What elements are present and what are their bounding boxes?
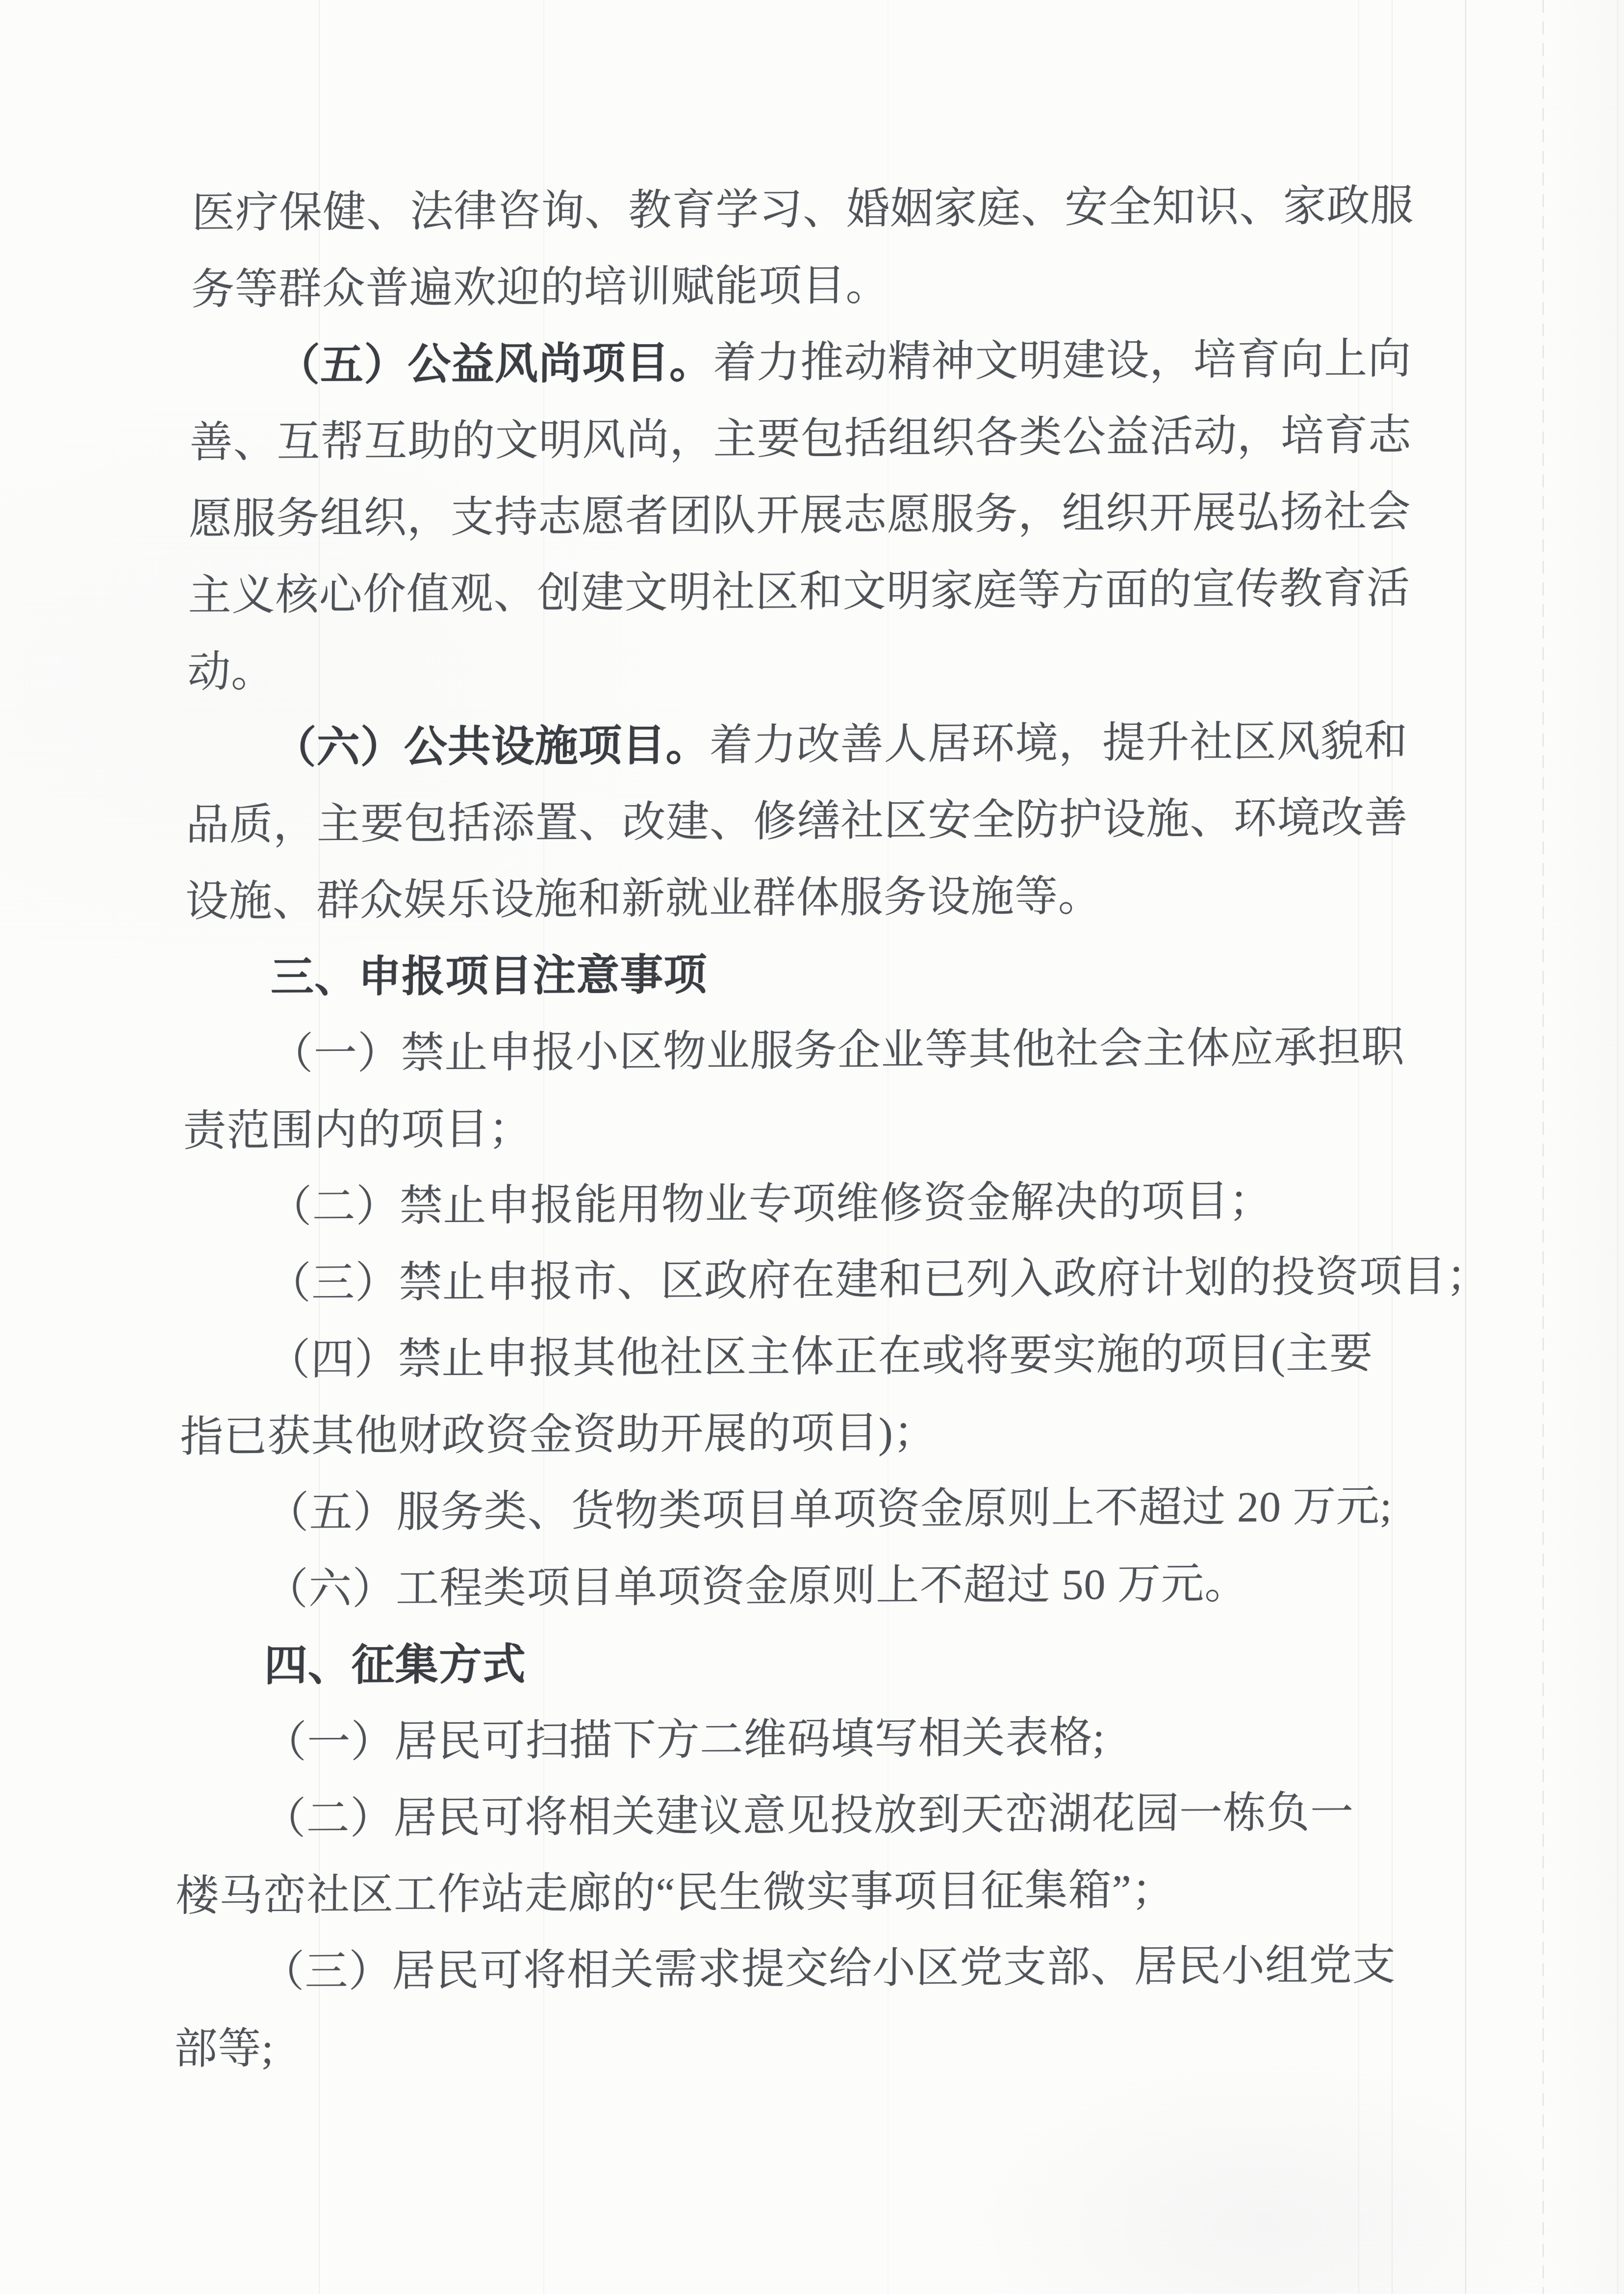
- text-line: 品质，主要包括添置、改建、修缮社区安全防护设施、环境改善: [186, 780, 1415, 864]
- text-segment: 部等;: [174, 2025, 274, 2073]
- text-segment: 指已获其他财政资金资助开展的项目)；: [180, 1409, 937, 1461]
- text-line: （一）禁止申报小区物业服务企业等其他社会主体应承担职: [183, 1010, 1413, 1094]
- text-line: 愿服务组织，支持志愿者团队开展志愿服务，组织开展弘扬社会: [189, 474, 1418, 558]
- text-segment: （四）禁止申报其他社区主体正在或将要实施的项目(主要: [267, 1330, 1373, 1384]
- text-segment: （三）居民可将相关需求提交给小区党支部、居民小组党支: [261, 1942, 1396, 1996]
- text-line: （二）禁止申报能用物业专项维修资金解决的项目；: [182, 1163, 1411, 1247]
- text-segment: 设施、群众娱乐设施和新就业群体服务设施等。: [185, 873, 1102, 926]
- text-line: （三）居民可将相关需求提交给小区党支部、居民小组党支: [175, 1928, 1404, 2012]
- text-segment: 医疗保健、法律咨询、教育学习、婚姻家庭、安全知识、家政服: [192, 182, 1414, 237]
- text-segment: （三）禁止申报市、区政府在建和已列入政府计划的投资项目；: [268, 1253, 1490, 1308]
- text-segment: 主义核心价值观、创建文明社区和文明家庭等方面的宣传教育活: [188, 565, 1410, 620]
- text-line: （三）禁止申报市、区政府在建和已列入政府计划的投资项目；: [181, 1239, 1411, 1323]
- text-segment: 善、互帮互助的文明风尚，主要包括组织各类公益活动，培育志: [189, 412, 1412, 467]
- text-segment: 责范围内的项目；: [183, 1106, 533, 1155]
- text-segment: （二）居民可将相关建议意见投放到天峦湖花园一栋负一: [262, 1789, 1354, 1843]
- document-body: 医疗保健、法律咨询、教育学习、婚姻家庭、安全知识、家政服务等群众普遍欢迎的培训赋…: [174, 168, 1421, 2088]
- text-segment: 务等群众普遍欢迎的培训赋能项目。: [191, 262, 889, 314]
- text-segment: （一）禁止申报小区物业服务企业等其他社会主体应承担职: [270, 1024, 1405, 1078]
- text-line: 善、互帮互助的文明风尚，主要包括组织各类公益活动，培育志: [189, 398, 1419, 482]
- text-line: （五）服务类、货物类项目单项资金原则上不超过 20 万元;: [179, 1469, 1408, 1553]
- text-line: （六）工程类项目单项资金原则上不超过 50 万元。: [178, 1545, 1408, 1629]
- text-line: （二）居民可将相关建议意见投放到天峦湖花园一栋负一: [176, 1775, 1405, 1859]
- text-segment: 着力改善人居环境，提升社区风貌和: [709, 718, 1408, 770]
- text-line: 部等;: [174, 2004, 1403, 2088]
- text-line: （六）公共设施项目。着力改善人居环境，提升社区风貌和: [186, 704, 1416, 788]
- text-line: 设施、群众娱乐设施和新就业群体服务设施等。: [185, 857, 1414, 941]
- text-line: 务等群众普遍欢迎的培训赋能项目。: [191, 245, 1420, 329]
- text-line: （五）公益风尚项目。着力推动精神文明建设，培育向上向: [190, 321, 1420, 405]
- text-segment-bold: （五）公益风尚项目。: [277, 339, 713, 389]
- text-segment-bold: 四、征集方式: [264, 1641, 526, 1690]
- text-line: 楼马峦社区工作站走廊的“民生微实事项目征集箱”；: [176, 1851, 1405, 1935]
- text-segment: （一）居民可扫描下方二维码填写相关表格;: [263, 1714, 1106, 1766]
- text-line: 医疗保健、法律咨询、教育学习、婚姻家庭、安全知识、家政服: [192, 168, 1421, 252]
- text-segment: （二）禁止申报能用物业专项维修资金解决的项目；: [268, 1177, 1272, 1231]
- scan-streak: [1617, 0, 1618, 2294]
- text-line: 动。: [187, 627, 1417, 711]
- text-line: （四）禁止申报其他社区主体正在或将要实施的项目(主要: [180, 1316, 1410, 1400]
- scan-streak: [1543, 0, 1544, 2294]
- text-line: 责范围内的项目；: [183, 1086, 1412, 1170]
- text-segment: （六）工程类项目单项资金原则上不超过 50 万元。: [265, 1560, 1248, 1614]
- text-line: 三、申报项目注意事项: [184, 933, 1414, 1017]
- scanned-page: 医疗保健、法律咨询、教育学习、婚姻家庭、安全知识、家政服务等群众普遍欢迎的培训赋…: [0, 0, 1624, 2294]
- text-segment: 动。: [187, 648, 275, 696]
- text-segment-bold: 三、申报项目注意事项: [271, 951, 708, 1001]
- text-line: 指已获其他财政资金资助开展的项目)；: [180, 1392, 1409, 1476]
- text-line: 主义核心价值观、创建文明社区和文明家庭等方面的宣传教育活: [188, 551, 1417, 635]
- text-line: 四、征集方式: [178, 1622, 1407, 1706]
- text-line: （一）居民可扫描下方二维码填写相关表格;: [177, 1698, 1406, 1782]
- scan-streak: [1465, 0, 1466, 2294]
- text-segment: 楼马峦社区工作站走廊的“民生微实事项目征集箱”；: [176, 1866, 1175, 1920]
- text-segment: 着力推动精神文明建设，培育向上向: [713, 335, 1412, 387]
- text-segment-bold: （六）公共设施项目。: [273, 722, 710, 772]
- text-segment: 品质，主要包括添置、改建、修缮社区安全防护设施、环境改善: [186, 794, 1408, 849]
- text-segment: 愿服务组织，支持志愿者团队开展志愿服务，组织开展弘扬社会: [189, 488, 1411, 543]
- text-segment: （五）服务类、货物类项目单项资金原则上不超过 20 万元;: [265, 1483, 1393, 1537]
